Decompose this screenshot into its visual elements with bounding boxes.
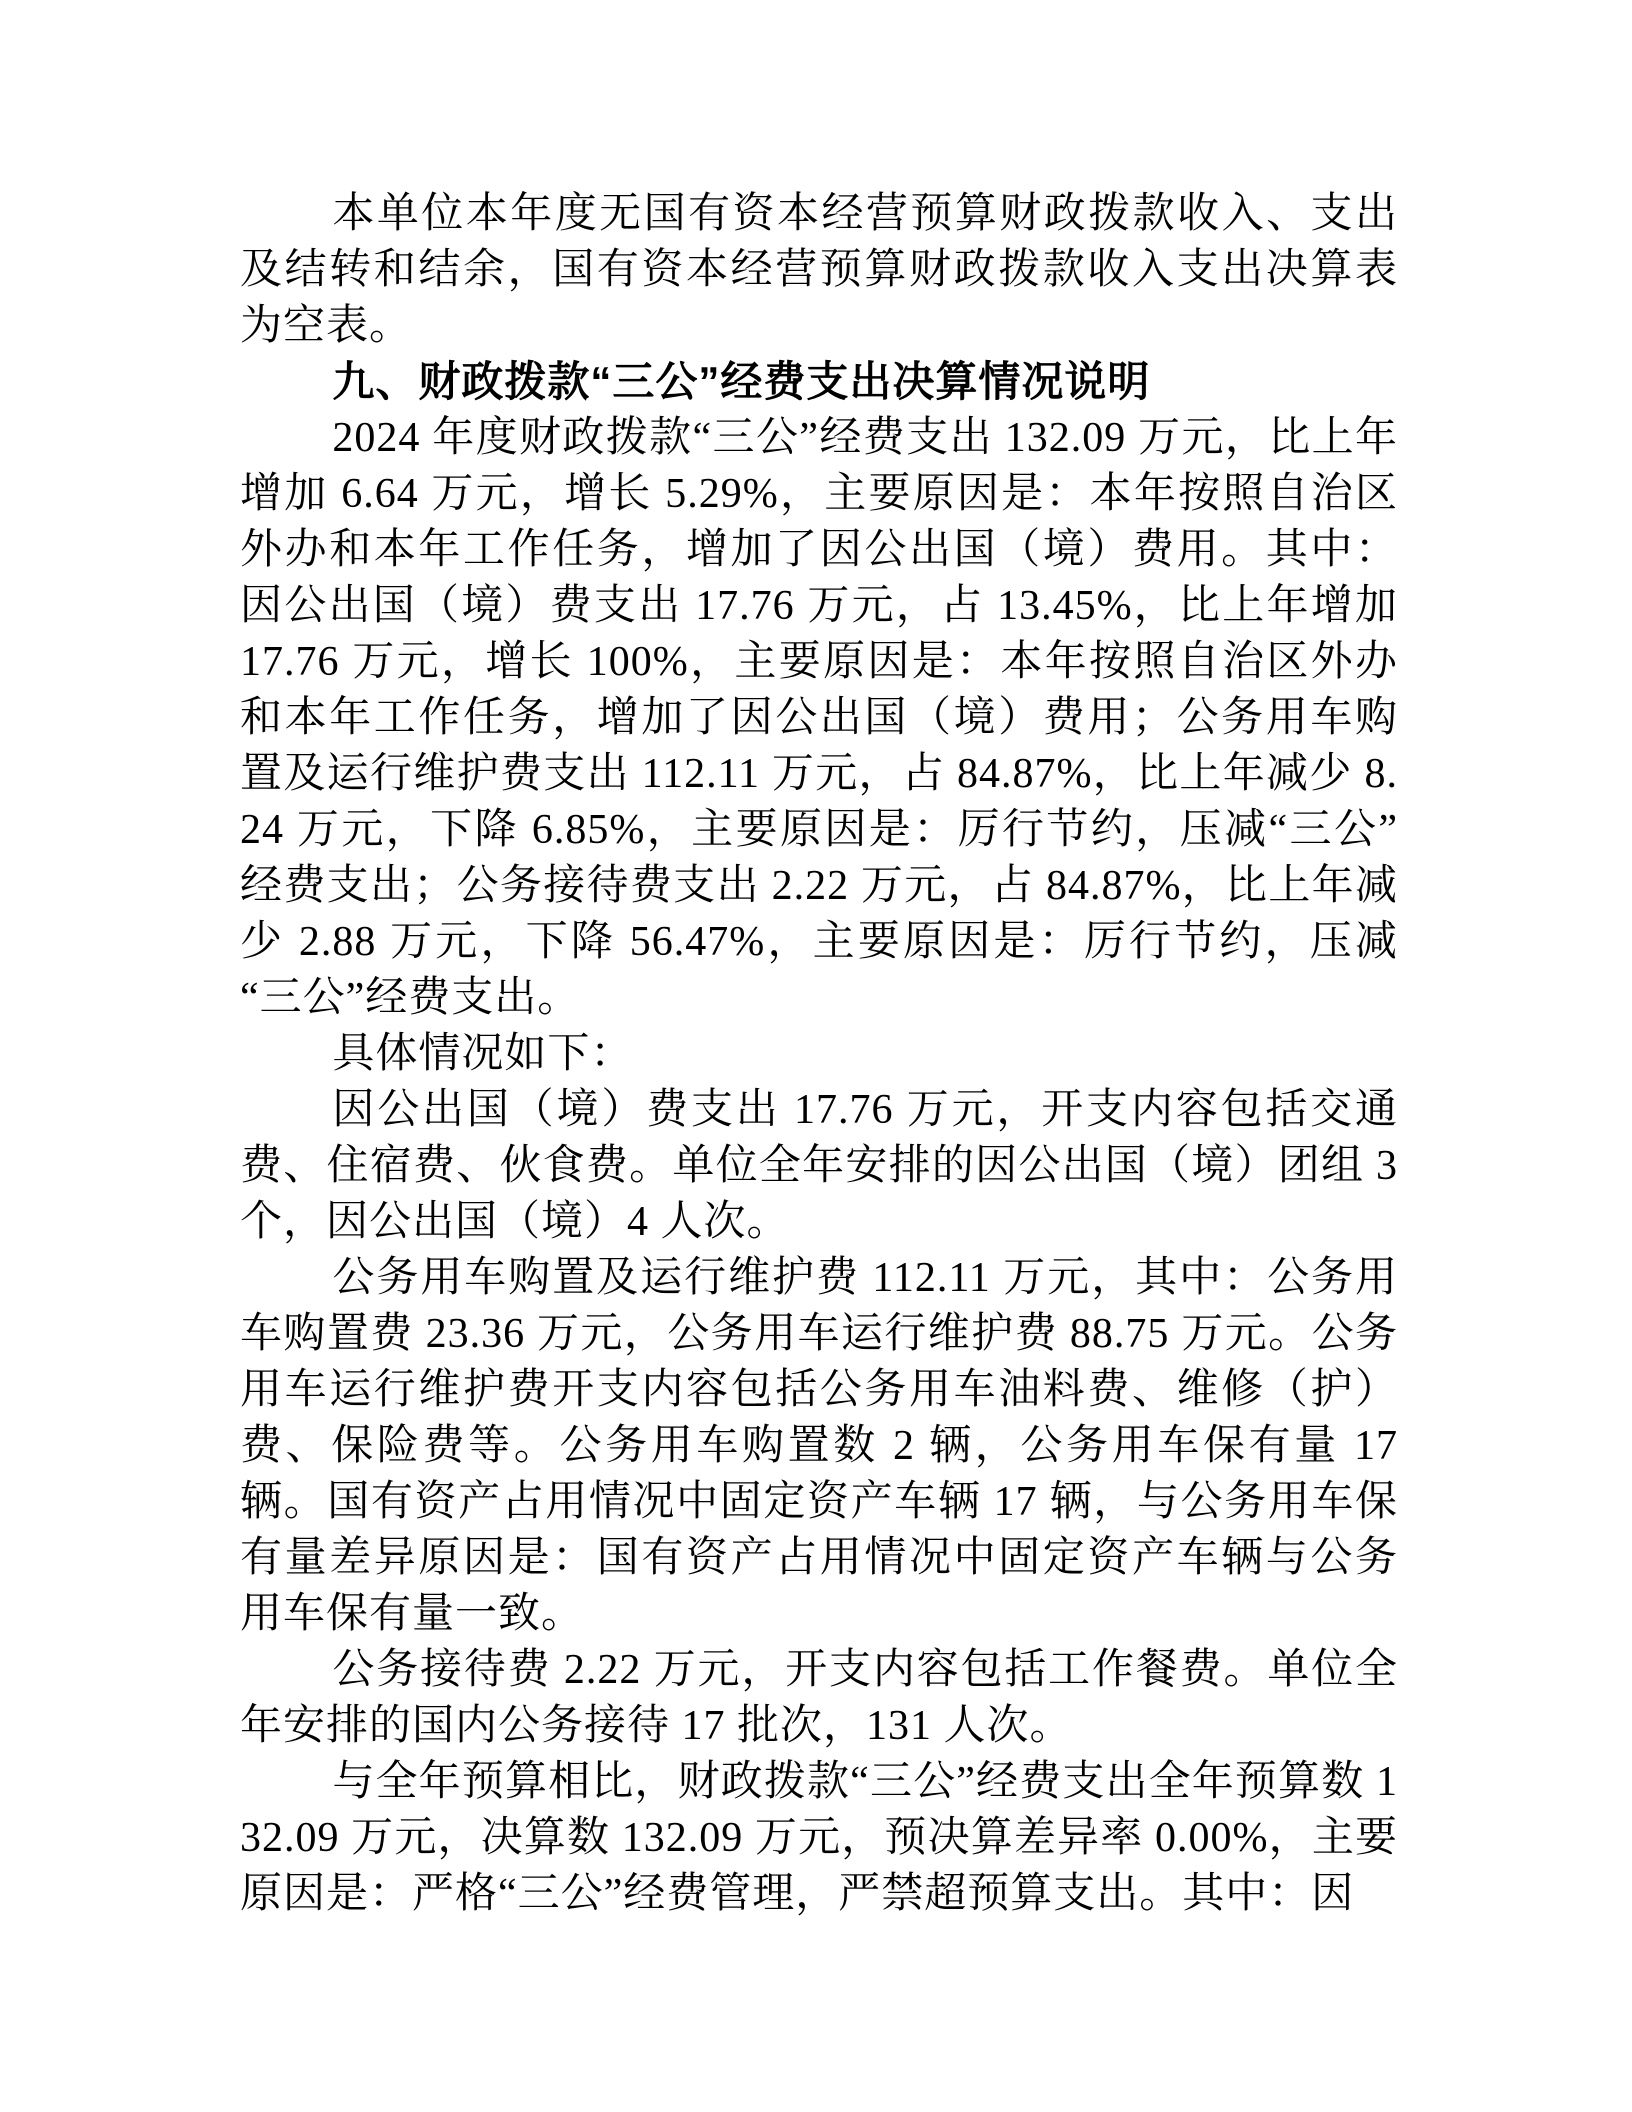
document-page: 本单位本年度无国有资本经营预算财政拨款收入、支出及结转和结余，国有资本经营预算财… [0, 0, 1632, 2112]
paragraph-state-capital-empty-table-note: 本单位本年度无国有资本经营预算财政拨款收入、支出及结转和结余，国有资本经营预算财… [240, 186, 1398, 354]
document-body: 本单位本年度无国有资本经营预算财政拨款收入、支出及结转和结余，国有资本经营预算财… [240, 186, 1398, 1922]
section-heading-three-public-funds: 九、财政拨款“三公”经费支出决算情况说明 [240, 354, 1398, 410]
paragraph-official-vehicle-expense: 公务用车购置及运行维护费 112.11 万元，其中：公务用车购置费 23.36 … [240, 1250, 1398, 1642]
paragraph-budget-vs-final-accounts: 与全年预算相比，财政拨款“三公”经费支出全年预算数 132.09 万元，决算数 … [240, 1754, 1398, 1922]
paragraph-details-intro: 具体情况如下： [240, 1026, 1398, 1082]
paragraph-overseas-travel-expense: 因公出国（境）费支出 17.76 万元，开支内容包括交通费、住宿费、伙食费。单位… [240, 1082, 1398, 1250]
paragraph-official-reception-expense: 公务接待费 2.22 万元，开支内容包括工作餐费。单位全年安排的国内公务接待 1… [240, 1642, 1398, 1754]
paragraph-three-public-funds-overview: 2024 年度财政拨款“三公”经费支出 132.09 万元，比上年增加 6.64… [240, 410, 1398, 1026]
